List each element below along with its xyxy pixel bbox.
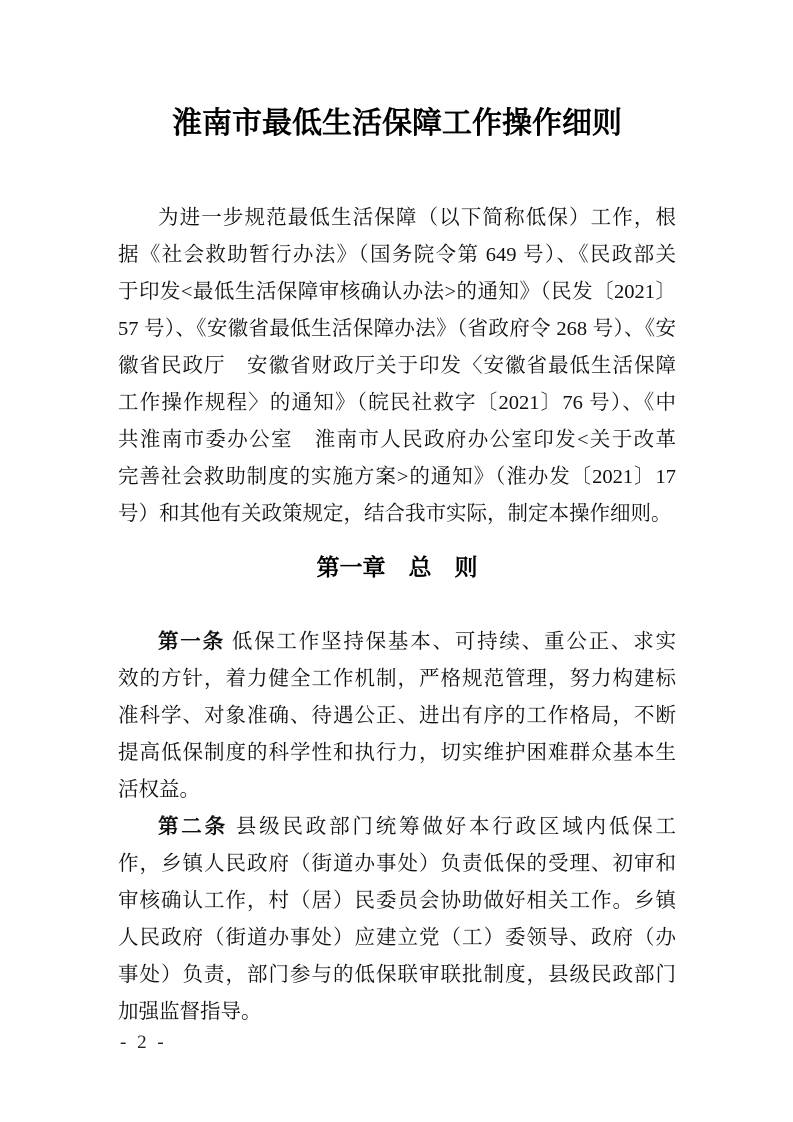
body-line: 工作操作规程〉的通知》（皖民社救字〔2021〕76 号）、《中 bbox=[118, 385, 676, 422]
body-line: 第一条 低保工作坚持保基本、可持续、重公正、求实 bbox=[118, 624, 676, 661]
article-number: 第二条 bbox=[158, 816, 228, 838]
body-line: 审核确认工作，村（居）民委员会协助做好相关工作。乡镇 bbox=[118, 883, 676, 920]
body-line: 加强监督指导。 bbox=[118, 994, 676, 1031]
paragraph: 为进一步规范最低生活保障（以下简称低保）工作，根据《社会救助暂行办法》（国务院令… bbox=[118, 200, 676, 533]
body-line: 活权益。 bbox=[118, 772, 676, 809]
body-line: 共淮南市委办公室 淮南市人民政府办公室印发<关于改革 bbox=[118, 422, 676, 459]
body-line: 作，乡镇人民政府（街道办事处）负责低保的受理、初审和 bbox=[118, 846, 676, 883]
body-line: 57 号）、《安徽省最低生活保障办法》（省政府令 268 号）、《安 bbox=[118, 311, 676, 348]
body-line: 提高低保制度的科学性和执行力，切实维护困难群众基本生 bbox=[118, 735, 676, 772]
document-content: 淮南市最低生活保障工作操作细则 为进一步规范最低生活保障（以下简称低保）工作，根… bbox=[118, 0, 676, 1031]
page-number: - 2 - bbox=[120, 1032, 167, 1054]
body-line: 据《社会救助暂行办法》（国务院令第 649 号）、《民政部关 bbox=[118, 237, 676, 274]
paragraph: 第二条 县级民政部门统筹做好本行政区域内低保工作，乡镇人民政府（街道办事处）负责… bbox=[118, 809, 676, 1031]
body-line: 准科学、对象准确、待遇公正、进出有序的工作格局，不断 bbox=[118, 698, 676, 735]
body-line: 第二条 县级民政部门统筹做好本行政区域内低保工 bbox=[118, 809, 676, 846]
body-line: 效的方针，着力健全工作机制，严格规范管理，努力构建标 bbox=[118, 661, 676, 698]
body-line: 徽省民政厅 安徽省财政厅关于印发〈安徽省最低生活保障 bbox=[118, 348, 676, 385]
body-line: 于印发<最低生活保障审核确认办法>的通知》（民发〔2021〕 bbox=[118, 274, 676, 311]
body-line: 为进一步规范最低生活保障（以下简称低保）工作，根 bbox=[118, 200, 676, 237]
document-title: 淮南市最低生活保障工作操作细则 bbox=[118, 102, 676, 146]
article-number: 第一条 bbox=[158, 631, 225, 653]
document-body: 为进一步规范最低生活保障（以下简称低保）工作，根据《社会救助暂行办法》（国务院令… bbox=[118, 200, 676, 1031]
document-page: 淮南市最低生活保障工作操作细则 为进一步规范最低生活保障（以下简称低保）工作，根… bbox=[0, 0, 793, 1122]
paragraph: 第一条 低保工作坚持保基本、可持续、重公正、求实效的方针，着力健全工作机制，严格… bbox=[118, 624, 676, 809]
body-line: 完善社会救助制度的实施方案>的通知》（淮办发〔2021〕17 bbox=[118, 459, 676, 496]
body-line: 号）和其他有关政策规定，结合我市实际，制定本操作细则。 bbox=[118, 496, 676, 533]
chapter-heading: 第一章 总 则 bbox=[118, 547, 676, 587]
body-line: 事处）负责，部门参与的低保联审联批制度，县级民政部门 bbox=[118, 957, 676, 994]
body-line: 人民政府（街道办事处）应建立党（工）委领导、政府（办 bbox=[118, 920, 676, 957]
